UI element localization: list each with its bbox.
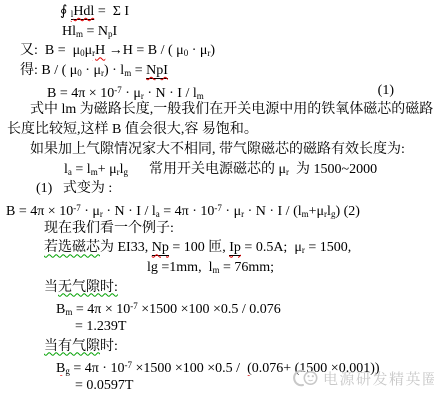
text-segment: = 100 匝, bbox=[169, 240, 229, 255]
text-segment: ) (2) bbox=[335, 204, 360, 219]
formula-bm: Bm = 4π × 10-7 ×1500 ×100 ×0.5 / 0.076 bbox=[0, 297, 434, 317]
text-segment: 常用开关电源磁芯的 μ bbox=[128, 162, 286, 177]
text-segment: · μ bbox=[82, 63, 101, 78]
formula-bm-result: = 1.239T bbox=[0, 317, 434, 337]
text-segment: = l bbox=[72, 162, 91, 177]
text-segment: Ip bbox=[229, 240, 241, 256]
text-segment: Np bbox=[152, 240, 169, 256]
text-segment: · μ bbox=[222, 204, 241, 219]
formula-eq1: (1)B = 4π × 10-7 · μr · N · I / lm bbox=[0, 81, 434, 101]
text-segment: NpI bbox=[146, 63, 168, 79]
text-segment: = Σ I bbox=[94, 4, 129, 19]
text-segment: 又: B = μ bbox=[20, 43, 80, 58]
text-no-airgap: 当无气隙时: bbox=[0, 278, 434, 298]
formula-eq2: B = 4π × 10-7 · μr · N · I / la = 4π · 1… bbox=[0, 199, 434, 219]
text-segment: 为 1500~2000 bbox=[289, 162, 377, 177]
text-segment: -7 bbox=[124, 360, 132, 370]
text-segment: -7 bbox=[130, 301, 138, 311]
text-segment: 若选磁芯 bbox=[44, 240, 100, 255]
text-segment: 当 bbox=[44, 280, 58, 295]
text-segment: B = 4π × 10 bbox=[6, 204, 73, 219]
text-segment: = 4π · 10 bbox=[70, 361, 125, 376]
text-segment: 当有气隙 bbox=[44, 339, 100, 354]
text-segment: m bbox=[91, 167, 98, 177]
text-segment: = 0.0597T bbox=[75, 378, 133, 393]
text-segment: = 1500, bbox=[305, 240, 351, 255]
text-segment: · N · I / (l bbox=[244, 204, 302, 219]
text-segment: Hl bbox=[62, 24, 76, 39]
text-segment: -7 bbox=[214, 203, 222, 213]
text-segment: →H = B / ( μ bbox=[105, 43, 183, 58]
text-segment: = 4π · 10 bbox=[160, 204, 215, 219]
text-segment: 为 EI33, bbox=[100, 240, 152, 255]
paragraph-lm-explain-2: 长度比较短,这样 B 值会很大,容 易饱和。 bbox=[0, 120, 434, 140]
text-segment: = 1.239T bbox=[75, 319, 126, 334]
text-segment: · N · I / l bbox=[144, 86, 197, 101]
text-segment: ∮ bbox=[60, 4, 71, 19]
text-segment: B = 4π × 10 bbox=[47, 86, 114, 101]
text-segment: ( bbox=[244, 361, 252, 376]
paragraph-airgap: 如果加上气隙情况家大不相同, 带气隙磁芯的磁路有效长度为: bbox=[0, 140, 434, 160]
text-segment: ×1500 ×100 ×0.5 / 0.076 bbox=[138, 302, 281, 317]
text-segment: · N · I / l bbox=[103, 204, 156, 219]
text-segment: I bbox=[113, 24, 118, 39]
text-segment: lg =1mm, l bbox=[147, 260, 212, 275]
text-segment: = N bbox=[83, 24, 108, 39]
text-eq1-becomes: (1) 式变为 : bbox=[0, 179, 434, 199]
text-segment: · μ bbox=[188, 43, 207, 58]
text-segment: m bbox=[302, 209, 309, 219]
text-segment: + μ bbox=[98, 162, 117, 177]
text-segment: = 76mm; bbox=[219, 260, 274, 275]
text-segment: ×1500 ×100 ×0.5 / bbox=[132, 361, 244, 376]
text-with-airgap: 当有气隙时: bbox=[0, 337, 434, 357]
paragraph-lm-explain-1: 式中 lm 为磁路长度,一般我们在开关电源中用的铁氧体磁芯的磁路 bbox=[0, 100, 434, 120]
text-segment: m bbox=[197, 91, 204, 101]
text-segment: 无气隙时: bbox=[58, 280, 118, 295]
watermark-logo-icon bbox=[293, 368, 319, 388]
text-segment: -7 bbox=[114, 85, 122, 95]
text-segment: · μ bbox=[81, 204, 100, 219]
text-example-params-2: lg =1mm, lm = 76mm; bbox=[0, 258, 434, 278]
text-segment: 时: bbox=[100, 339, 118, 354]
text-segment: B bbox=[56, 302, 65, 317]
watermark: 电源研发精英圈 bbox=[293, 366, 434, 390]
text-segment: 长度比较短,这样 B 值会很大,容 易饱和。 bbox=[7, 122, 258, 137]
text-segment: -7 bbox=[73, 203, 81, 213]
text-segment: (1) 式变为 : bbox=[36, 181, 112, 196]
formula-b-mu-h: 又: B = μ0μrH →H = B / ( μ0 · μr) bbox=[0, 41, 434, 61]
text-segment: ) · l bbox=[104, 63, 124, 78]
text-segment: ) bbox=[210, 43, 215, 58]
text-segment: 现在我们看一个例子: bbox=[44, 221, 174, 236]
text-segment: Hdl bbox=[73, 4, 94, 20]
formula-hlm: Hlm = NpI bbox=[0, 22, 434, 42]
text-segment: +μ bbox=[309, 204, 324, 219]
document-page: ∮ lHdl = Σ IHlm = NpI又: B = μ0μrH →H = B… bbox=[0, 0, 434, 396]
text-segment: B bbox=[56, 361, 65, 376]
watermark-text: 电源研发精英圈 bbox=[323, 368, 434, 389]
text-segment: · μ bbox=[122, 86, 141, 101]
formula-ampere-law: ∮ lHdl = Σ I bbox=[0, 2, 434, 22]
formula-la: la = lm+ μrlg 常用开关电源磁芯的 μr 为 1500~2000 bbox=[0, 160, 434, 180]
equation-number-1: (1) bbox=[378, 81, 394, 101]
text-segment: 如果加上气隙情况家大不相同, 带气隙磁芯的磁路有效长度为: bbox=[30, 142, 405, 157]
text-segment: 式中 lm 为磁路长度,一般我们在开关电源中用的铁氧体磁芯的磁路 bbox=[30, 102, 433, 117]
text-segment: H bbox=[95, 43, 105, 58]
text-segment: = bbox=[131, 63, 146, 78]
document-body: ∮ lHdl = Σ IHlm = NpI又: B = μ0μrH →H = B… bbox=[0, 2, 434, 396]
text-example-params-1: 若选磁芯为 EI33, Np = 100 匝, Ip = 0.5A; μr = … bbox=[0, 238, 434, 258]
text-segment: = 0.5A; μ bbox=[241, 240, 302, 255]
text-segment: = 4π × 10 bbox=[72, 302, 130, 317]
text-example-intro: 现在我们看一个例子: bbox=[0, 219, 434, 239]
text-segment: 得: B / ( μ bbox=[20, 63, 77, 78]
text-segment: m bbox=[76, 29, 83, 39]
formula-derived: 得: B / ( μ0 · μr) · lm = NpI bbox=[0, 61, 434, 81]
